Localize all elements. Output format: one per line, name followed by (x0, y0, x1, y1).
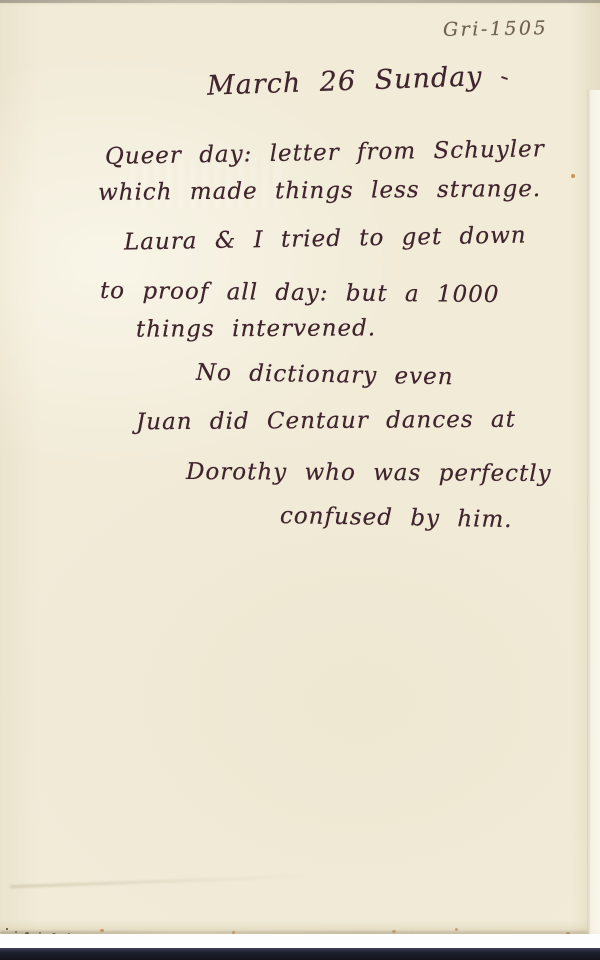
journal-line: confused by him. (280, 503, 513, 533)
scan-top-edge (0, 0, 600, 3)
journal-line: Dorothy who was perfectly (186, 459, 552, 487)
journal-line: Juan did Centaur dances at (136, 407, 516, 436)
scan-margin-bottom (0, 934, 600, 948)
journal-line: Queer day: letter from Schuyler (105, 136, 545, 170)
journal-line: which made things less strange. (98, 176, 541, 206)
journal-line: Laura & I tried to get down (124, 222, 527, 255)
ink-dash-mark (501, 76, 508, 80)
journal-page: Gri-1505 March 26 Sunday Queer day: lett… (0, 0, 600, 934)
paper-crease (10, 875, 310, 888)
scan-edge-right (587, 90, 600, 934)
date-heading: March 26 Sunday (207, 61, 484, 102)
scan-background: Gri-1505 March 26 Sunday Queer day: lett… (0, 0, 600, 960)
journal-line: to proof all day: but a 1000 (100, 278, 500, 308)
deckle-speckles (6, 928, 8, 930)
catalog-number: Gri-1505 (443, 17, 548, 41)
scanner-bed (0, 948, 600, 960)
foxing-spot (571, 174, 575, 178)
journal-line: things intervened. (136, 315, 376, 342)
journal-line: No dictionary even (196, 360, 454, 390)
